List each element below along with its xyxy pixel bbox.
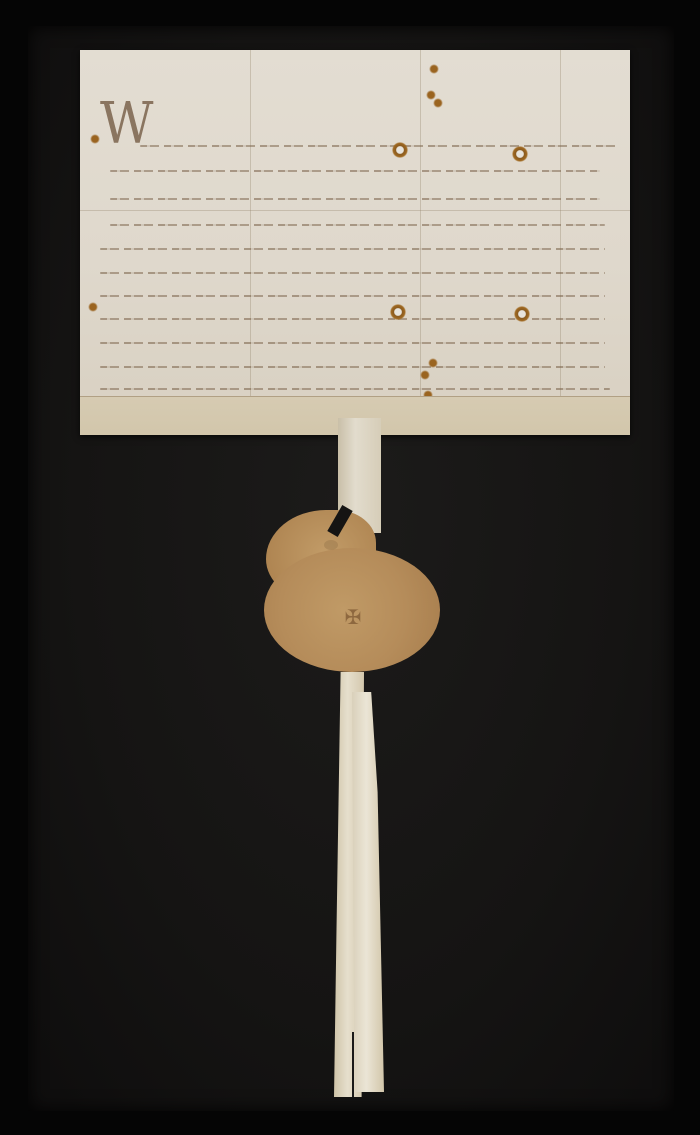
wax-seal: ✠ [264,500,440,672]
stitch-hole [390,304,406,320]
stitch-hole [428,358,438,368]
text-line [100,318,605,320]
stitch-hole [512,146,528,162]
stitch-hole [420,370,430,380]
seal-emblem-icon: ✠ [330,602,376,632]
text-line [100,342,605,344]
text-line [110,198,600,200]
seal-tag-tails [320,672,384,1097]
tag-tail-right [352,692,384,1092]
stitch-hole [514,306,530,322]
text-line [110,224,605,226]
text-line [100,388,610,390]
picture-frame: W ✠ [0,0,700,1135]
seal-wear [324,540,338,550]
fold-line [80,210,630,211]
tag-split [352,1032,354,1097]
stitch-hole [392,142,408,158]
parchment-charter: W [80,50,630,435]
fold-line [560,50,561,435]
text-line [140,145,620,147]
text-line [100,295,605,297]
stitch-hole [433,98,443,108]
text-line [100,248,605,250]
text-line [100,366,605,368]
text-line [110,170,600,172]
stitch-hole [90,134,100,144]
stitch-hole [429,64,439,74]
stitch-hole [88,302,98,312]
fold-line [250,50,251,435]
text-line [100,272,605,274]
